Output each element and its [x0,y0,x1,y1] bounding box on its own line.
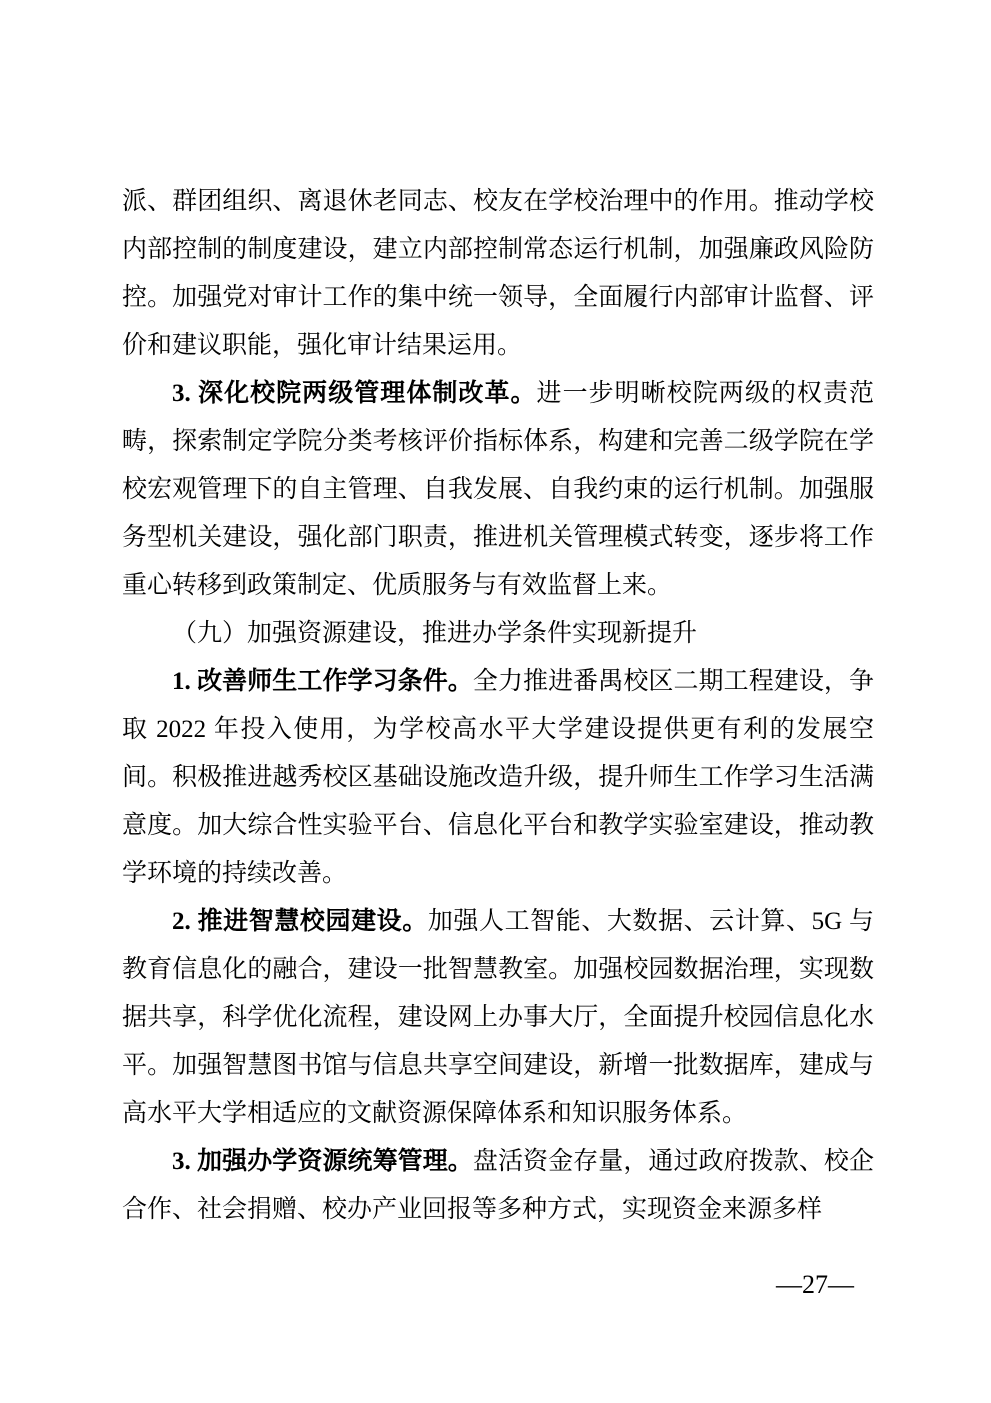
paragraph-text: 加强人工智能、大数据、云计算、5G 与教育信息化的融合，建设一批智慧教室。加强校… [122,908,874,1127]
paragraph: 2. 推进智慧校园建设。加强人工智能、大数据、云计算、5G 与教育信息化的融合，… [122,898,874,1138]
paragraph: 3. 加强办学资源统筹管理。盘活资金存量，通过政府拨款、校企合作、社会捐赠、校办… [122,1138,874,1234]
page-number: —27— [776,1268,854,1302]
document-page: 派、群团组织、离退休老同志、校友在学校治理中的作用。推动学校内部控制的制度建设，… [0,0,991,1403]
section-heading: （九）加强资源建设，推进办学条件实现新提升 [122,610,874,658]
section-heading-text: （九）加强资源建设，推进办学条件实现新提升 [172,620,697,647]
paragraph-text: 派、群团组织、离退休老同志、校友在学校治理中的作用。推动学校内部控制的制度建设，… [122,188,874,359]
paragraph-lead: 3. 深化校院两级管理体制改革。 [172,380,537,407]
paragraph: 1. 改善师生工作学习条件。全力推进番禺校区二期工程建设，争取 2022 年投入… [122,658,874,898]
paragraph-text: 全力推进番禺校区二期工程建设，争取 2022 年投入使用，为学校高水平大学建设提… [122,668,874,887]
paragraph-text: 进一步明晰校院两级的权责范畴，探索制定学院分类考核评价指标体系，构建和完善二级学… [122,380,874,599]
paragraph-lead: 1. 改善师生工作学习条件。 [172,668,473,695]
paragraph-lead: 3. 加强办学资源统筹管理。 [172,1148,473,1175]
document-body-text: 派、群团组织、离退休老同志、校友在学校治理中的作用。推动学校内部控制的制度建设，… [122,178,874,1234]
paragraph: 派、群团组织、离退休老同志、校友在学校治理中的作用。推动学校内部控制的制度建设，… [122,178,874,370]
paragraph-lead: 2. 推进智慧校园建设。 [172,908,428,935]
paragraph: 3. 深化校院两级管理体制改革。进一步明晰校院两级的权责范畴，探索制定学院分类考… [122,370,874,610]
